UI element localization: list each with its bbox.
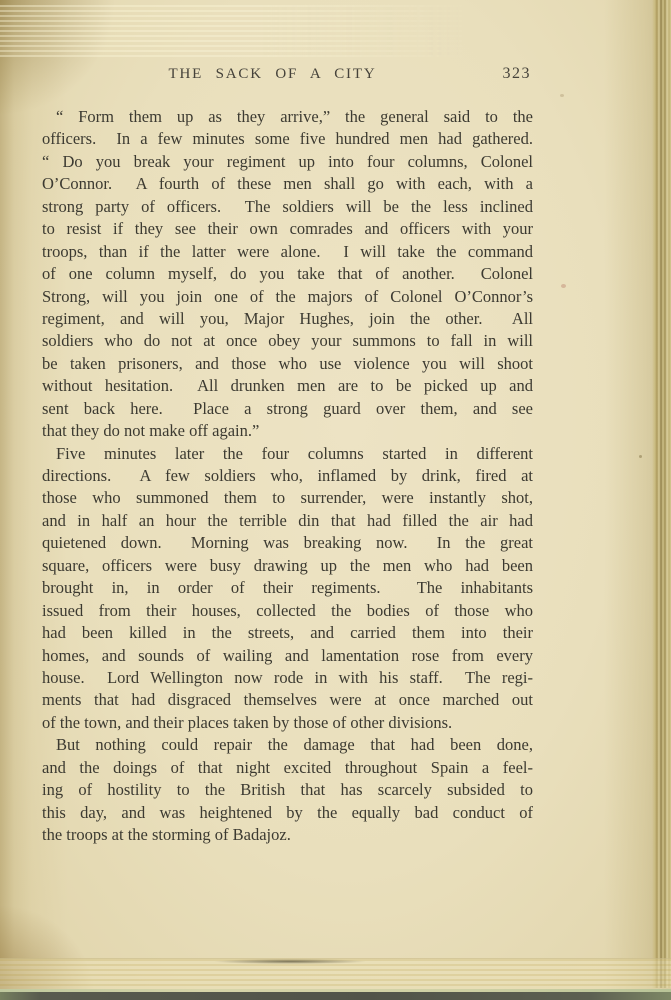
- text-line: troops, than if the latter were alone. I…: [42, 241, 533, 263]
- text-line: those who summoned them to surrender, we…: [42, 487, 533, 509]
- book-cover-edge: [0, 992, 671, 1000]
- book-page-scan: THE SACK OF A CITY 323 “ Form them up as…: [0, 0, 671, 1000]
- text-line: and the doings of that night excited thr…: [42, 757, 533, 779]
- body-text: “ Form them up as they arrive,” the gene…: [42, 106, 533, 846]
- text-line: house. Lord Wellington now rode in with …: [42, 667, 533, 689]
- text-line: brought in, in order of their regiments.…: [42, 577, 533, 599]
- text-line: soldiers who do not at once obey your su…: [42, 330, 533, 352]
- text-line: this day, and was heightened by the equa…: [42, 802, 533, 824]
- text-line: square, officers were busy drawing up th…: [42, 555, 533, 577]
- text-line: directions. A few soldiers who, inflamed…: [42, 465, 533, 487]
- text-line: of one column myself, do you take that o…: [42, 263, 533, 285]
- text-line: quietened down. Morning was breaking now…: [42, 532, 533, 554]
- text-line: to resist if they see their own comrades…: [42, 218, 533, 240]
- paragraph: “ Form them up as they arrive,” the gene…: [42, 106, 533, 443]
- text-line: be taken prisoners, and those who use vi…: [42, 353, 533, 375]
- text-line: the troops at the storming of Badajoz.: [42, 824, 533, 846]
- text-line: without hesitation. All drunken men are …: [42, 375, 533, 397]
- text-line: officers. In a few minutes some five hun…: [42, 128, 533, 150]
- text-line: “ Do you break your regiment up into fou…: [42, 151, 533, 173]
- text-line: that they do not make off again.”: [42, 420, 533, 442]
- text-line: of the town, and their places taken by t…: [42, 712, 533, 734]
- running-header-title: THE SACK OF A CITY: [42, 66, 503, 83]
- paragraph: Five minutes later the four columns star…: [42, 443, 533, 735]
- text-line: strong party of officers. The soldiers w…: [42, 196, 533, 218]
- text-line: regiment, and will you, Major Hughes, jo…: [42, 308, 533, 330]
- text-line: ing of hostility to the British that has…: [42, 779, 533, 801]
- text-line: Strong, will you join one of the majors …: [42, 286, 533, 308]
- paper-speck: [561, 284, 566, 288]
- text-line: sent back here. Place a strong guard ove…: [42, 398, 533, 420]
- text-line: But nothing could repair the damage that…: [42, 734, 533, 756]
- paper-speck: [560, 94, 564, 97]
- text-line: had been killed in the streets, and carr…: [42, 622, 533, 644]
- page-edge-smudge: [215, 959, 365, 964]
- text-line: issued from their houses, collected the …: [42, 600, 533, 622]
- page-number: 323: [503, 65, 532, 83]
- text-line: “ Form them up as they arrive,” the gene…: [42, 106, 533, 128]
- text-line: ments that had disgraced themselves were…: [42, 689, 533, 711]
- text-line: and in half an hour the terrible din tha…: [42, 510, 533, 532]
- text-line: O’Connor. A fourth of these men shall go…: [42, 173, 533, 195]
- paragraph: But nothing could repair the damage that…: [42, 734, 533, 846]
- running-header: THE SACK OF A CITY 323: [42, 66, 533, 86]
- text-line: homes, and sounds of wailing and lamenta…: [42, 645, 533, 667]
- paper-speck: [639, 455, 642, 458]
- book-fore-edge-pages: [652, 0, 671, 988]
- text-line: Five minutes later the four columns star…: [42, 443, 533, 465]
- page-top-edge-texture: [0, 5, 470, 57]
